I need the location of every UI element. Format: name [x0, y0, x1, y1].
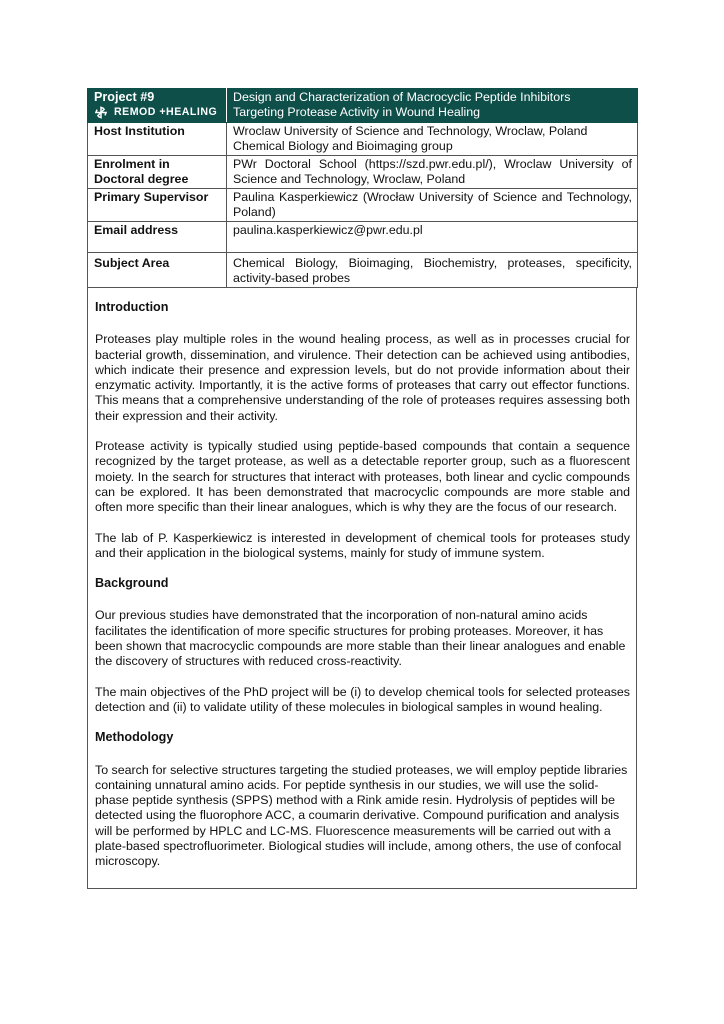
header-row: Project #9 REMOD +HEALING — [88, 89, 638, 123]
project-number: Project #9 — [94, 90, 221, 105]
project-info-table: Project #9 REMOD +HEALING — [87, 88, 638, 288]
introduction-heading: Introduction — [95, 300, 630, 315]
host-institution-line-1: Wroclaw University of Science and Techno… — [233, 124, 632, 139]
introduction-paragraph-1: Proteases play multiple roles in the wou… — [95, 332, 630, 424]
host-institution-value: Wroclaw University of Science and Techno… — [227, 123, 638, 156]
enrolment-label: Enrolment in Doctoral degree — [88, 156, 227, 189]
subject-area-label: Subject Area — [88, 253, 227, 288]
background-heading: Background — [95, 576, 630, 591]
pinwheel-icon — [94, 106, 108, 119]
host-institution-label: Host Institution — [88, 123, 227, 156]
supervisor-value: Paulina Kasperkiewicz (Wrocław Universit… — [227, 189, 638, 222]
introduction-paragraph-2: Protease activity is typically studied u… — [95, 439, 630, 515]
background-paragraph-2: The main objectives of the PhD project w… — [95, 685, 630, 716]
email-label: Email address — [88, 222, 227, 253]
subject-area-row: Subject Area Chemical Biology, Bioimagin… — [88, 253, 638, 288]
methodology-heading: Methodology — [95, 730, 630, 745]
brand-name: REMOD +HEALING — [114, 105, 217, 120]
subject-area-value: Chemical Biology, Bioimaging, Biochemist… — [227, 253, 638, 288]
host-institution-line-2: Chemical Biology and Bioimaging group — [233, 139, 632, 154]
enrolment-row: Enrolment in Doctoral degree PWr Doctora… — [88, 156, 638, 189]
project-title-line-2: Targeting Protease Activity in Wound Hea… — [233, 105, 632, 120]
document-page: Project #9 REMOD +HEALING — [87, 88, 637, 889]
email-row: Email address paulina.kasperkiewicz@pwr.… — [88, 222, 638, 253]
enrolment-label-line-1: Enrolment in — [94, 157, 221, 172]
supervisor-label: Primary Supervisor — [88, 189, 227, 222]
project-cell: Project #9 REMOD +HEALING — [88, 89, 227, 123]
methodology-paragraph-1: To search for selective structures targe… — [95, 763, 630, 870]
brand-logo: REMOD +HEALING — [94, 105, 221, 120]
project-title-line-1: Design and Characterization of Macrocycl… — [233, 90, 632, 105]
project-title-cell: Design and Characterization of Macrocycl… — [227, 89, 638, 123]
description-body: Introduction Proteases play multiple rol… — [87, 288, 637, 889]
host-institution-row: Host Institution Wroclaw University of S… — [88, 123, 638, 156]
supervisor-row: Primary Supervisor Paulina Kasperkiewicz… — [88, 189, 638, 222]
introduction-paragraph-3: The lab of P. Kasperkiewicz is intereste… — [95, 531, 630, 562]
email-value[interactable]: paulina.kasperkiewicz@pwr.edu.pl — [227, 222, 638, 253]
background-paragraph-1: Our previous studies have demonstrated t… — [95, 608, 630, 669]
enrolment-label-line-2: Doctoral degree — [94, 172, 221, 187]
enrolment-value: PWr Doctoral School (https://szd.pwr.edu… — [227, 156, 638, 189]
